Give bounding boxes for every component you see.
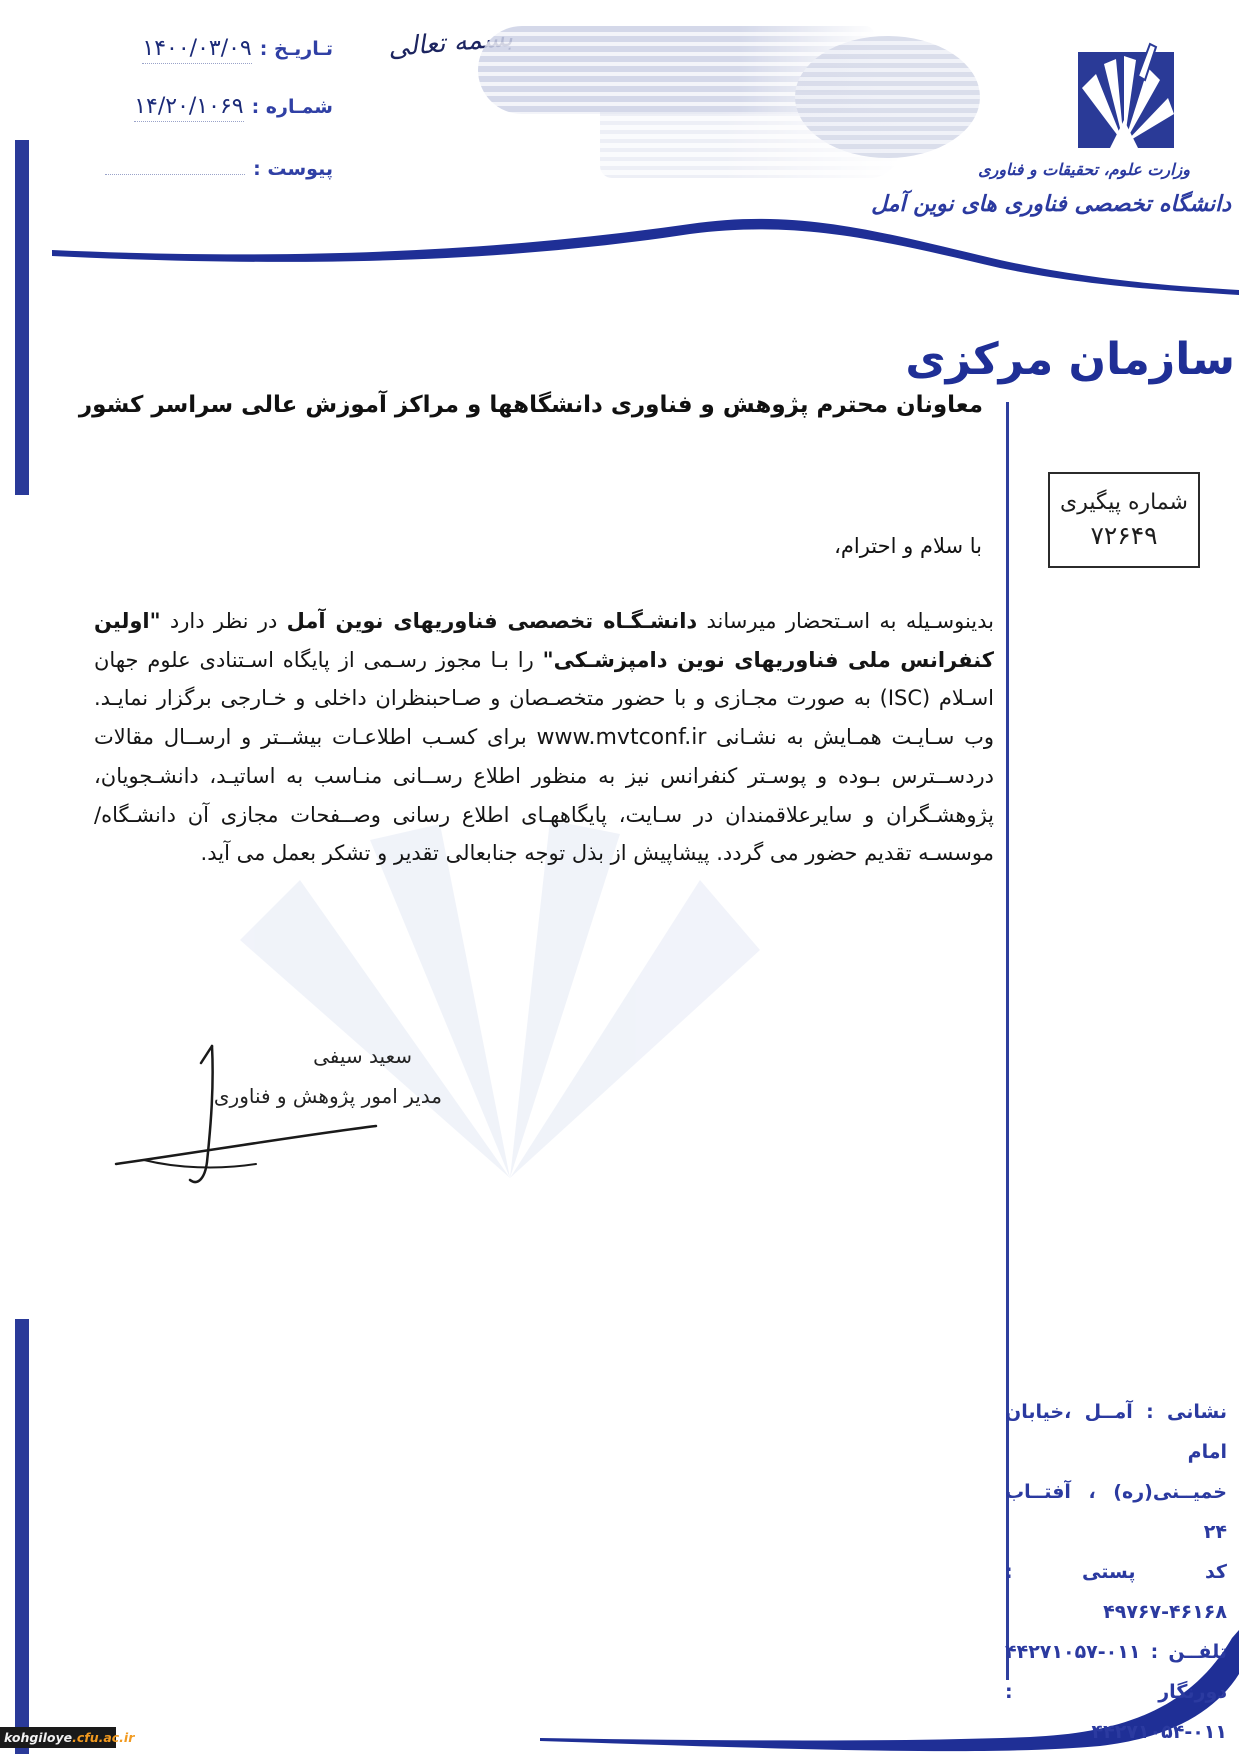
fax-row: دورنگار : ۰۱۱-۴۴۲۷۱۰۵۴ bbox=[1005, 1672, 1227, 1752]
central-organization-title: سازمان مرکزی bbox=[905, 334, 1235, 385]
postal-code-label: کد پستی : bbox=[1005, 1561, 1227, 1583]
letter-body: بدینوسـیله به اسـتحضار میرساند دانشـگـاه… bbox=[94, 602, 994, 873]
tracking-label: شماره پیگیری bbox=[1060, 490, 1188, 515]
number-value: ۱۴/۲۰/۱۰۶۹ bbox=[134, 94, 243, 122]
header-ellipse-artifact bbox=[795, 36, 980, 158]
body-seg-3: در نظر دارد bbox=[161, 609, 287, 633]
tracking-number-box: شماره پیگیری ۷۲۶۴۹ bbox=[1048, 472, 1200, 568]
ministry-name: وزارت علوم، تحقیقات و فناوری bbox=[978, 160, 1190, 179]
address-line-2: خمیــنی(ره) ، آفتــاب ۲۴ bbox=[1005, 1472, 1227, 1552]
date-value: ۱۴۰۰/۰۳/۰۹ bbox=[142, 36, 251, 64]
fax-label: دورنگار : bbox=[1005, 1681, 1227, 1703]
contact-info-block: نشانی : آمــل ،خیابان امام خمیــنی(ره) ،… bbox=[1005, 1392, 1227, 1752]
signer-title: مدیر امور پژوهش و فناوری bbox=[214, 1084, 442, 1108]
date-label: تـاریـخ : bbox=[260, 38, 333, 60]
site-watermark-domain: .cfu.ac.ir bbox=[72, 1730, 134, 1745]
fax-value: ۰۱۱-۴۴۲۷۱۰۵۴ bbox=[1092, 1721, 1227, 1743]
header-swoosh-line bbox=[0, 198, 1239, 328]
phone-value: ۰۱۱-۴۴۲۷۱۰۵۷ bbox=[1005, 1641, 1140, 1663]
attachment-blank-line bbox=[105, 160, 245, 175]
signer-name: سعید سیفی bbox=[313, 1044, 412, 1068]
site-watermark-name: kohgiloye bbox=[4, 1730, 72, 1745]
body-seg-university-bold: دانشـگـاه تخصصی فناوریهای نوین آمل bbox=[287, 609, 698, 633]
site-watermark: kohgiloye.cfu.ac.ir bbox=[0, 1727, 116, 1748]
postal-code-row: کد پستی : ۴۶۱۶۸-۴۹۷۶۷ bbox=[1005, 1552, 1227, 1632]
date-row: تـاریـخ : ۱۴۰۰/۰۳/۰۹ bbox=[142, 36, 333, 64]
number-row: شمـاره : ۱۴/۲۰/۱۰۶۹ bbox=[134, 94, 333, 122]
salutation: با سلام و احترام، bbox=[834, 534, 982, 558]
university-logo-icon bbox=[1078, 40, 1174, 152]
scanned-letter-page: تـاریـخ : ۱۴۰۰/۰۳/۰۹ شمـاره : ۱۴/۲۰/۱۰۶۹… bbox=[0, 0, 1239, 1754]
address-line-1: نشانی : آمــل ،خیابان امام bbox=[1005, 1392, 1227, 1472]
conference-url: www.mvtconf.ir bbox=[537, 725, 707, 750]
phone-label: تلفــن : bbox=[1151, 1641, 1227, 1663]
body-seg-1: بدینوسـیله به اسـتحضار میرساند bbox=[697, 609, 994, 633]
postal-code-value: ۴۶۱۶۸-۴۹۷۶۷ bbox=[1103, 1601, 1227, 1623]
attachment-label: پیوست : bbox=[253, 158, 333, 180]
recipient-heading: معاونان محترم پژوهش و فناوری دانشگاهها و… bbox=[79, 392, 983, 418]
number-label: شمـاره : bbox=[252, 96, 333, 118]
attachment-row: پیوست : bbox=[105, 158, 333, 180]
phone-row: تلفــن : ۰۱۱-۴۴۲۷۱۰۵۷ bbox=[1005, 1632, 1227, 1672]
tracking-number: ۷۲۶۴۹ bbox=[1090, 521, 1157, 550]
